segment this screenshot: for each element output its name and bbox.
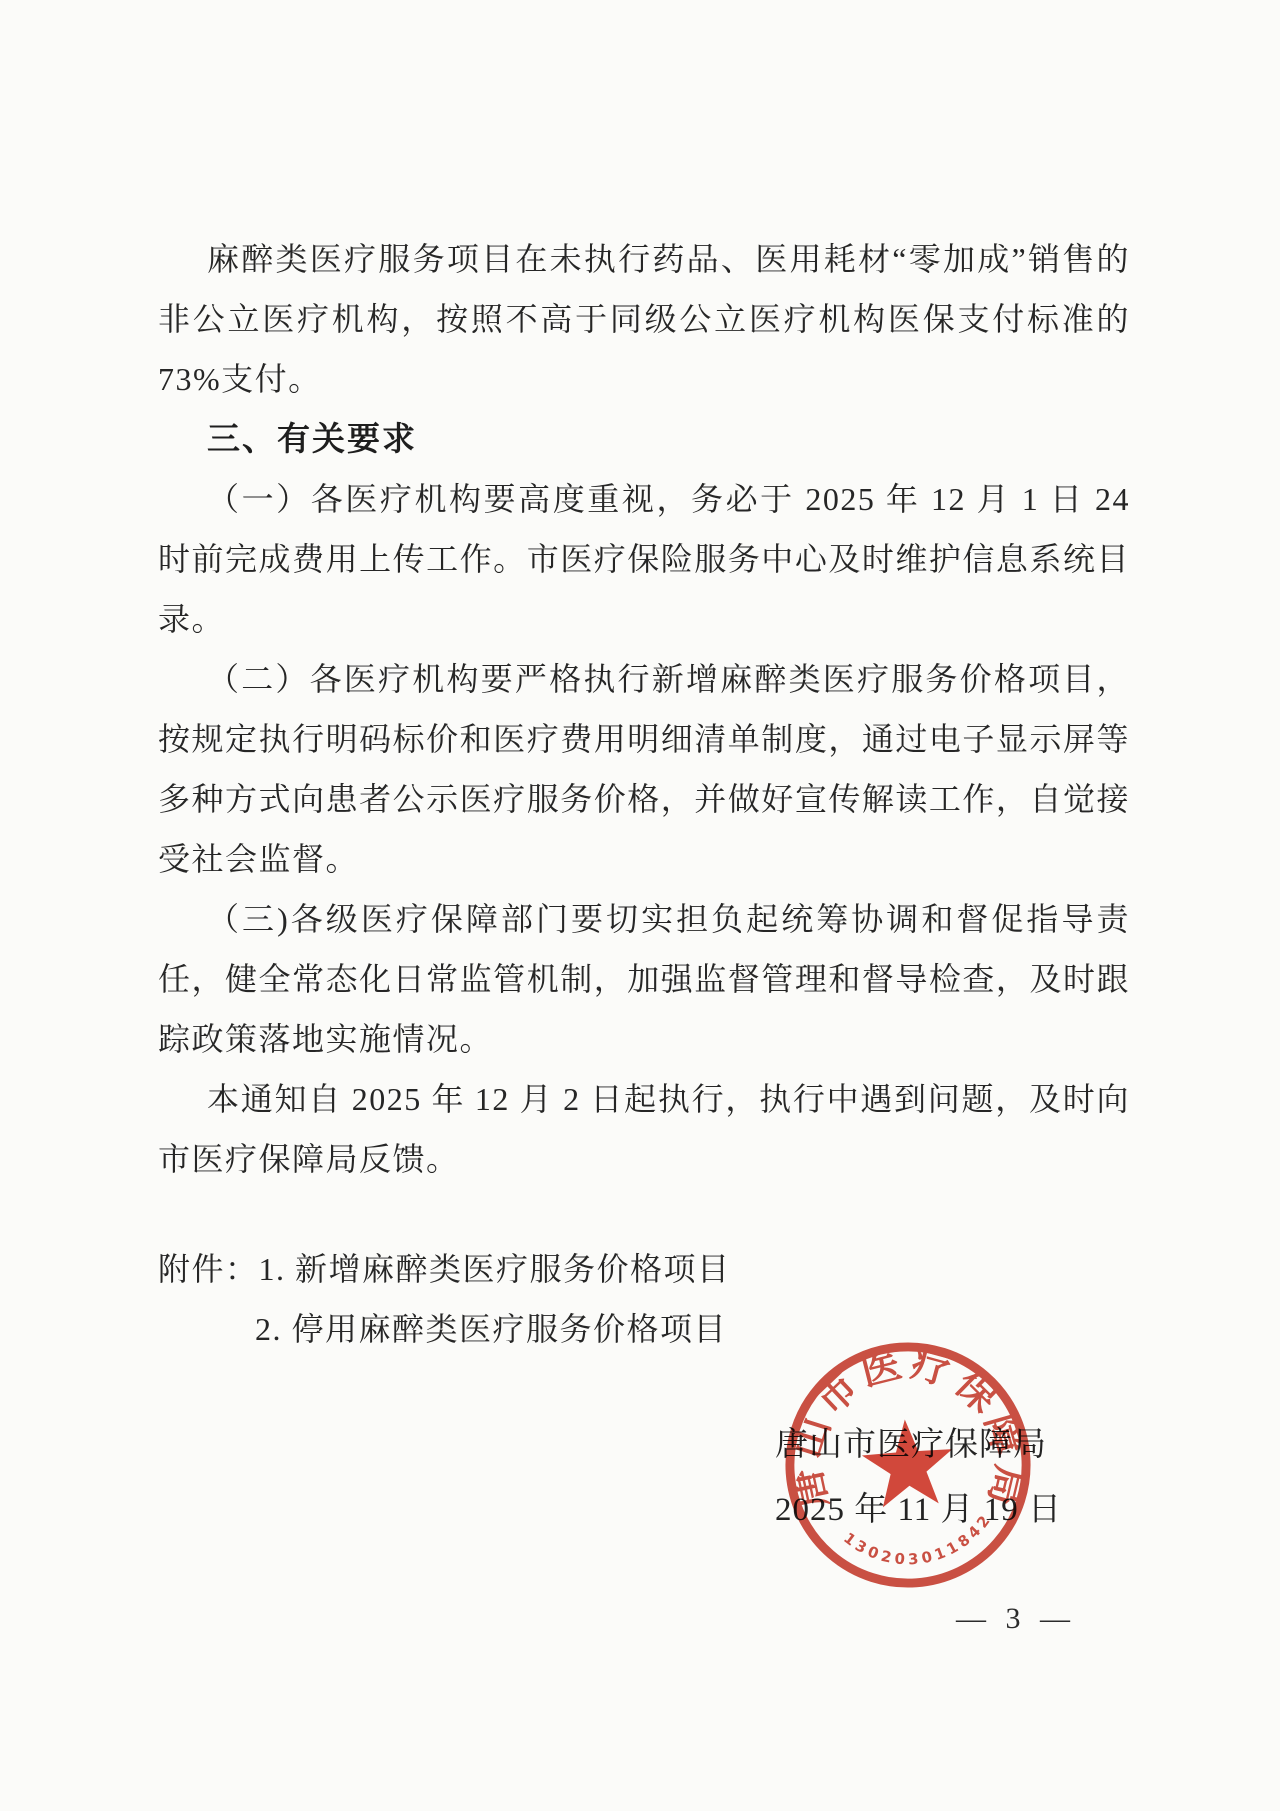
official-seal: 唐山市医疗保障局 1302030118422 [770, 1327, 1045, 1602]
paragraph-closing: 本通知自 2025 年 12 月 2 日起执行，执行中遇到问题，及时向市医疗保障… [158, 1069, 1130, 1189]
paragraph-item-3: （三)各级医疗保障部门要切实担负起统筹协调和督促指导责任，健全常态化日常监管机制… [158, 889, 1130, 1069]
paragraph-item-1: （一）各医疗机构要高度重视，务必于 2025 年 12 月 1 日 24 时前完… [158, 469, 1130, 649]
document-page: 麻醉类医疗服务项目在未执行药品、医用耗材“零加成”销售的非公立医疗机构，按照不高… [0, 0, 1280, 1811]
paragraph-intro: 麻醉类医疗服务项目在未执行药品、医用耗材“零加成”销售的非公立医疗机构，按照不高… [158, 229, 1130, 409]
page-number: — 3 — [956, 1602, 1076, 1636]
attachment-line-1: 附件：1. 新增麻醉类医疗服务价格项目 [158, 1239, 1130, 1299]
attachment-item-1: 1. 新增麻醉类医疗服务价格项目 [259, 1251, 731, 1287]
attachments-label: 附件： [158, 1251, 259, 1287]
seal-star-icon [860, 1416, 956, 1508]
official-seal-graphic: 唐山市医疗保障局 1302030118422 [770, 1327, 1045, 1602]
document-body: 麻醉类医疗服务项目在未执行药品、医用耗材“零加成”销售的非公立医疗机构，按照不高… [158, 229, 1130, 1359]
paragraph-item-2: （二）各医疗机构要严格执行新增麻醉类医疗服务价格项目，按规定执行明码标价和医疗费… [158, 649, 1130, 889]
section-heading: 三、有关要求 [158, 409, 1130, 469]
